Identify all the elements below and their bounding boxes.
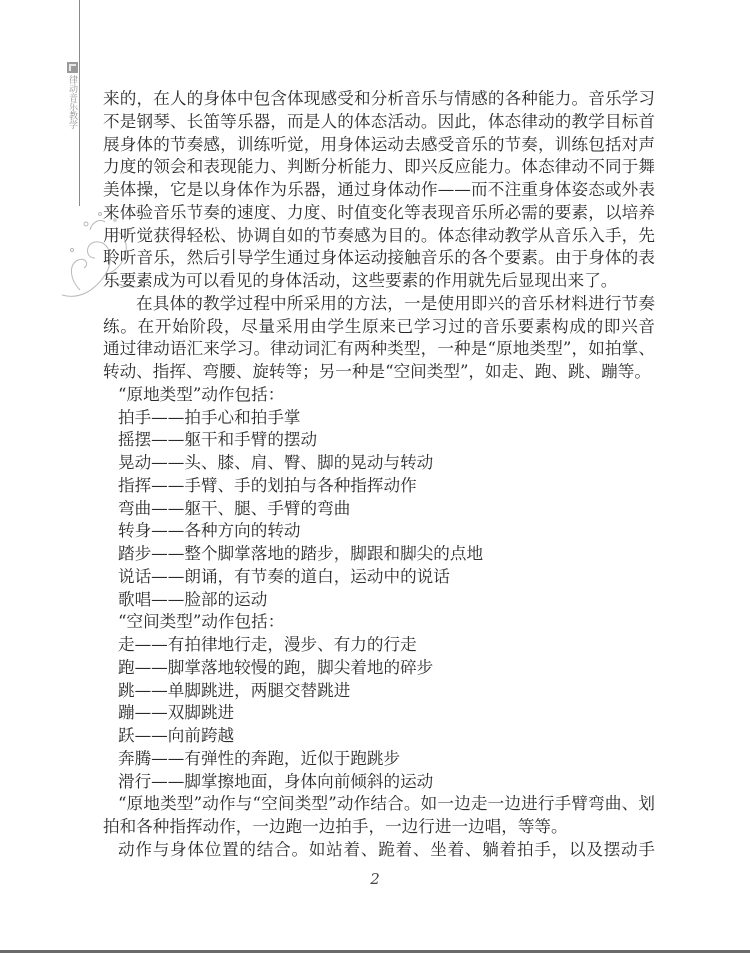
paragraph-line: 通过律动语汇来学习。律动词汇有两种类型，一种是“原地类型”，如拍掌、摇晃、 xyxy=(103,338,655,361)
side-running-header: 律动音乐教学 xyxy=(66,62,78,129)
paragraph-line: 转动、指挥、弯腰、旋转等；另一种是“空间类型”，如走、跑、跳、蹦等。 xyxy=(103,361,655,384)
list-item: 歌唱——脸部的运动 xyxy=(103,589,655,612)
paragraph-line: 来体验音乐节奏的速度、力度、时值变化等表现音乐所必需的要素，以培养学生利 xyxy=(103,202,655,225)
paragraph-line: “原地类型”动作与“空间类型”动作结合。如一边走一边进行手臂弯曲、划 xyxy=(103,793,655,816)
running-header-title: 律动音乐教学 xyxy=(67,75,77,129)
list-item: 弯曲——躯干、腿、手臂的弯曲 xyxy=(103,498,655,521)
spatial-heading: “空间类型”动作包括： xyxy=(103,611,655,634)
list-item: 转身——各种方向的转动 xyxy=(103,520,655,543)
list-item: 踏步——整个脚掌落地的踏步，脚跟和脚尖的点地 xyxy=(103,543,655,566)
list-item: 滑行——脚掌擦地面，身体向前倾斜的运动 xyxy=(103,771,655,794)
list-item: 说话——朗诵，有节奏的道白，运动中的说话 xyxy=(103,566,655,589)
page-number: 2 xyxy=(0,870,750,888)
paragraph-line: 用听觉获得轻松、协调自如的节奏感为目的。体态律动教学从音乐入手，先让学生 xyxy=(103,225,655,248)
paragraph-line: 聆听音乐，然后引导学生通过身体运动接触音乐的各个要素。由于身体的表现使音 xyxy=(103,247,655,270)
book-mark-icon xyxy=(67,62,78,73)
list-item: 跃——向前跨越 xyxy=(103,725,655,748)
body-text: 来的，在人的身体中包含体现感受和分析音乐与情感的各种能力。音乐学习的起点 不是钢… xyxy=(103,88,655,862)
paragraph-line: 练。在开始阶段，尽量采用由学生原来已学习过的音乐要素构成的即兴音乐。二是 xyxy=(103,316,655,339)
list-item: 摇摆——躯干和手臂的摆动 xyxy=(103,429,655,452)
paragraph-line: 来的，在人的身体中包含体现感受和分析音乐与情感的各种能力。音乐学习的起点 xyxy=(103,88,655,111)
paragraph-line: 力度的领会和表现能力、判断分析能力、即兴反应能力。体态律动不同于舞蹈、健 xyxy=(103,156,655,179)
paragraph-line: 展身体的节奏感，训练听觉，用身体运动去感受音乐的节奏，训练包括对声音时值、 xyxy=(103,134,655,157)
margin-rule xyxy=(79,0,80,206)
list-item: 拍手——拍手心和拍手掌 xyxy=(103,407,655,430)
list-item: 走——有拍律地行走，漫步、有力的行走 xyxy=(103,634,655,657)
paragraph-line: 乐要素成为可以看见的身体活动，这些要素的作用就先后显现出来了。 xyxy=(103,270,655,293)
list-item: 晃动——头、膝、肩、臀、脚的晃动与转动 xyxy=(103,452,655,475)
in-place-heading: “原地类型”动作包括： xyxy=(103,384,655,407)
paragraph-line: 在具体的教学过程中所采用的方法，一是使用即兴的音乐材料进行节奏律动训 xyxy=(103,293,655,316)
list-item: 指挥——手臂、手的划拍与各种指挥动作 xyxy=(103,475,655,498)
list-item: 蹦——双脚跳进 xyxy=(103,702,655,725)
list-item: 跳——单脚跳进，两腿交替跳进 xyxy=(103,680,655,703)
paragraph-line: 动作与身体位置的结合。如站着、跪着、坐着、躺着拍手，以及摆动手臂、弯 xyxy=(103,839,655,862)
paragraph-line: 不是钢琴、长笛等乐器，而是人的体态活动。因此，体态律动的教学目标首先是发 xyxy=(103,111,655,134)
paragraph-line: 拍和各种指挥动作，一边跑一边拍手，一边行进一边唱，等等。 xyxy=(103,816,655,839)
list-item: 跑——脚掌落地较慢的跑，脚尖着地的碎步 xyxy=(103,657,655,680)
paragraph-line: 美体操，它是以身体作为乐器，通过身体动作——而不注重身体姿态或外表形态—— xyxy=(103,179,655,202)
list-item: 奔腾——有弹性的奔跑，近似于跑跳步 xyxy=(103,748,655,771)
book-page: 律动音乐教学 来的，在人的身体中包含体现感受和分析音乐与情感的各种能力。音乐学习… xyxy=(0,0,750,953)
